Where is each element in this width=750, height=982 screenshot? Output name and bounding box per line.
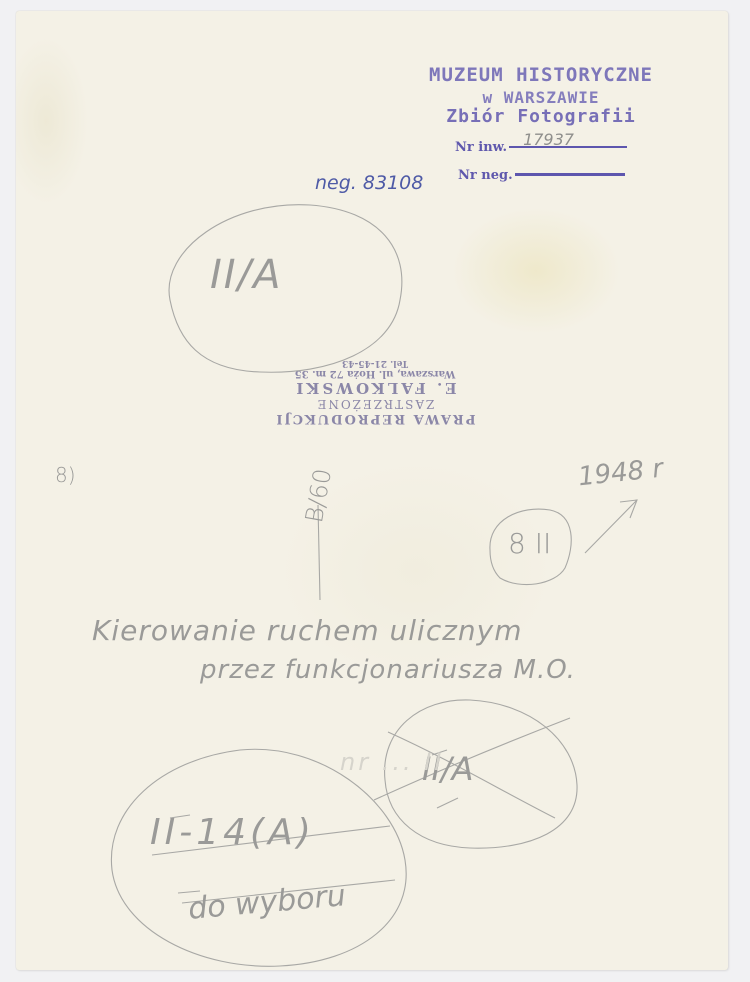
reproduction-rights-stamp: PRAWA REPRODUKCJI ZASTRZEŻONE E. FALKOWS… xyxy=(260,358,490,426)
pencil-caption-line1: Kierowanie ruchem ulicznym xyxy=(92,614,523,647)
pencil-faint-erased: nr ... II xyxy=(340,748,444,776)
inventory-number-field: Nr inw. 17937 xyxy=(455,140,627,155)
reproduction-stamp-line1: PRAWA REPRODUKCJI xyxy=(260,411,490,426)
inventory-number-label: Nr inw. xyxy=(455,140,507,155)
negative-number-field: Nr neg. xyxy=(458,168,625,183)
reproduction-stamp-line5: Tel. 21-45-43 xyxy=(260,358,490,368)
pencil-mark-left: 8) xyxy=(55,463,76,487)
inventory-number-line: 17937 xyxy=(509,146,627,148)
pencil-caption-line2: przez funkcjonariusza M.O. xyxy=(200,655,576,685)
negative-handwritten-note: neg. 83108 xyxy=(315,172,423,194)
negative-number-line xyxy=(515,173,625,176)
museum-stamp-title: MUZEUM HISTORYCZNE xyxy=(391,64,691,86)
reproduction-stamp-line3: E. FALKOWSKI xyxy=(260,379,490,397)
inventory-number-value: 17937 xyxy=(523,130,574,149)
pencil-code-top: II/A xyxy=(210,252,282,298)
museum-stamp-collection: Zbiór Fotografii xyxy=(391,106,691,127)
reproduction-stamp-line4: Warszawa, ul. Hoża 72 m. 35 xyxy=(260,368,490,379)
pencil-circle-small-text: 8 II xyxy=(508,527,551,560)
negative-number-label: Nr neg. xyxy=(458,168,513,183)
reproduction-stamp-line2: ZASTRZEŻONE xyxy=(260,397,490,411)
museum-stamp-city: w WARSZAWIE xyxy=(391,88,691,107)
pencil-code-bottom: II-14(A) xyxy=(150,812,315,853)
